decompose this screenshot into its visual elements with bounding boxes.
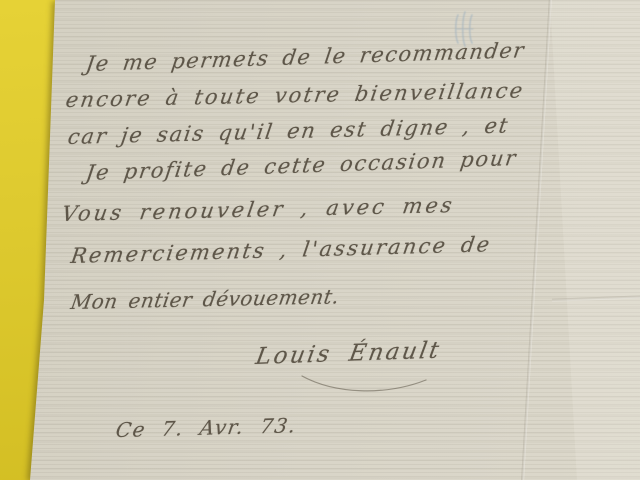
- letter-paper: Je me permets de le recommander encore à…: [0, 0, 640, 480]
- date-line: Ce 7. Avr. 73.: [114, 413, 298, 442]
- handwritten-letter-photo: Je me permets de le recommander encore à…: [0, 0, 640, 480]
- handwriting-line-3: car je sais qu'il en est digne , et: [66, 113, 511, 149]
- vertical-fold-crease: [521, 0, 552, 480]
- handwriting-line-2: encore à toute votre bienveillance: [64, 78, 526, 112]
- signature: Louis Énault: [254, 337, 444, 370]
- handwriting-line-4: Je profite de cette occasion pour: [84, 146, 519, 185]
- signature-flourish: [300, 372, 430, 402]
- handwriting-line-5: Vous renouveler , avec mes: [60, 193, 456, 226]
- handwriting-line-6: Remerciements , l'assurance de: [69, 232, 493, 268]
- handwriting-line-1: Je me permets de le recommander: [84, 38, 526, 76]
- handwriting-line-7: Mon entier dévouement.: [69, 284, 341, 314]
- paper-wrap: Je me permets de le recommander encore à…: [0, 0, 640, 480]
